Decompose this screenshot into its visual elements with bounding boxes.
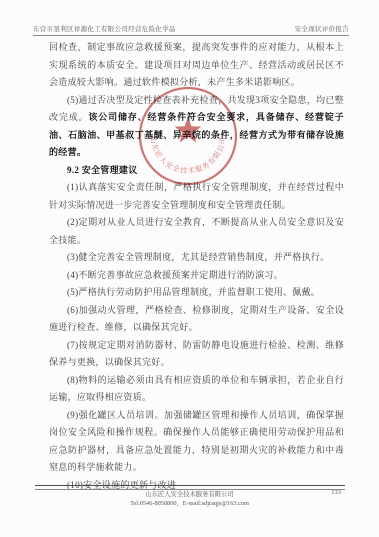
text-run: (9)强化罐区人员培训。加强储罐区管理和操作人员培训，确保掌握岗位安全风险和操作… [49,410,344,473]
page-footer: 山东匠人安全技术服务有限公司 Tel:0546-8050800，E-mail:s… [60,491,319,509]
recommendation-5: (5)严格执行劳动防护用品管理制度，并监督职工使用、佩戴。 [49,284,344,302]
header-left-title: 东营市垦利区祥源化工有限公司经营危险化学品 [33,24,176,33]
footer-contact: Tel:0546-8050800，E-mail:sdjraqjs@163.com [60,500,319,509]
text-run: (5)严格执行劳动防护用品管理制度，并监督职工使用、佩戴。 [67,287,320,297]
text-run: (2)定期对从业人员进行安全教育，不断提高从业人员安全意识及安全技能。 [49,217,344,245]
footer-divider [35,485,345,490]
report-page: 东营市垦利区祥源化工有限公司经营危险化学品 安全现状评价报告 回检查，制定事故应… [0,0,379,537]
document-body: 回检查，制定事故应急救援预案，提高突发事件的应对能力，从根本上实现系统的本质安全… [49,39,344,494]
page-header: 东营市垦利区祥源化工有限公司经营危险化学品 安全现状评价报告 [33,24,349,36]
text-run: (7)按规定定期对消防器材、防雷防静电设施进行检验、检测、维修保养与更换，以确保… [49,340,344,368]
footer-company: 山东匠人安全技术服务有限公司 [60,491,319,500]
recommendation-7: (7)按规定定期对消防器材、防雷防静电设施进行检验、检测、维修保养与更换，以确保… [49,337,344,372]
recommendation-6: (6)加强动火管理，严格检查、检修制度，定期对生产设备、安全设施进行检查、维修，… [49,302,344,337]
text-run: (1)认真落实安全责任制，严格执行安全管理制度，并在经营过程中针对实际情况进一步… [49,182,344,210]
emphasized-text: 9.2 安全管理建议 [67,165,138,175]
text-run: 回检查，制定事故应急救援预案，提高突发事件的应对能力，从根本上实现系统的本质安全… [49,42,344,87]
recommendation-4: (4)不断完善事故应急救援预案并定期进行消防演习。 [49,267,344,285]
text-run: (3)健全完善安全管理制度，尤其是经营销售制度，并严格执行。 [67,252,330,262]
paragraph-finding-5: (5)通过否决型及定性检查表补充检查，共发现3项安全隐患，均已整改完成。该公司储… [49,92,344,162]
section-heading-9-2: 9.2 安全管理建议 [49,162,344,180]
emphasized-text: 该公司储存、经营条件符合安全要求，具备储存、经营锭子油、石脑油、甲基叔丁基醚、异… [49,112,344,157]
page-number: 133 [331,489,341,496]
text-run: (8)物料的运输必须由具有相应资质的单位和车辆承担，若企业自行运输，应取得相应资… [49,375,344,403]
header-right-title: 安全现状评价报告 [295,24,349,33]
recommendation-1: (1)认真落实安全责任制，严格执行安全管理制度，并在经营过程中针对实际情况进一步… [49,179,344,214]
recommendation-9: (9)强化罐区人员培训。加强储罐区管理和操作人员培训，确保掌握岗位安全风险和操作… [49,407,344,477]
text-run: (4)不断完善事故应急救援预案并定期进行消防演习。 [67,270,283,280]
recommendation-8: (8)物料的运输必须由具有相应资质的单位和车辆承担，若企业自行运输，应取得相应资… [49,372,344,407]
paragraph-conclusion-continuation: 回检查，制定事故应急救援预案，提高突发事件的应对能力，从根本上实现系统的本质安全… [49,39,344,92]
text-run: (6)加强动火管理，严格检查、检修制度，定期对生产设备、安全设施进行检查、维修，… [49,305,344,333]
recommendation-3: (3)健全完善安全管理制度，尤其是经营销售制度，并严格执行。 [49,249,344,267]
recommendation-2: (2)定期对从业人员进行安全教育，不断提高从业人员安全意识及安全技能。 [49,214,344,249]
